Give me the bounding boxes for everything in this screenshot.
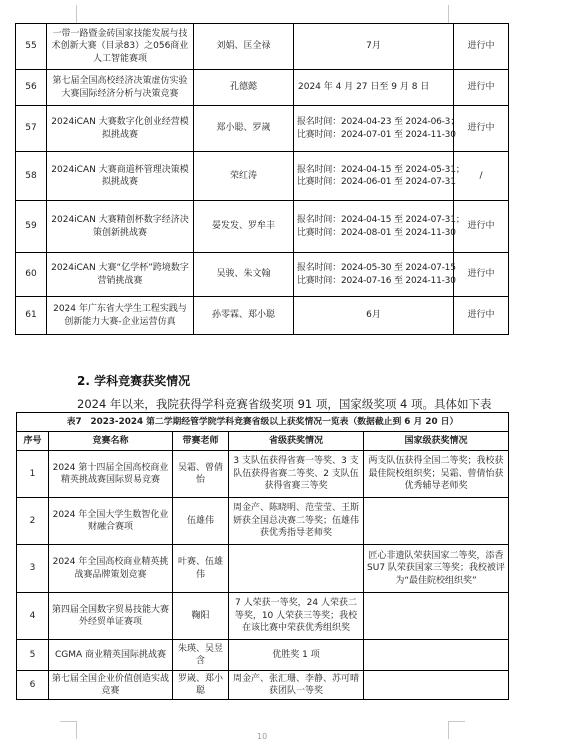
status: 进行中 [454,297,509,335]
row-number: 5 [17,640,49,671]
teachers: 晏发发、罗牟丰 [194,201,294,253]
teachers: 吴骏、朱文翰 [194,253,294,297]
competition-name: 2024iCAN 大赛精创杯数字经济决策创新挑战赛 [47,201,194,253]
crop-mark-bottom-left [76,721,77,739]
table-title: 表7 2023-2024 第二学期经管学院学科竞赛省级以上获奖情况一览表（数据截… [17,413,509,432]
competition-name: 一带一路暨金砖国家技能发展与技术创新大赛（目录83）之056商业人工智能赛项 [47,24,194,70]
competition-name: 第四届全国数字贸易技能大赛外经贸单证赛项 [49,593,173,640]
row-number: 6 [17,671,49,700]
table-row: 6 第七届全国企业价值创造实战竞赛 罗嵗、郑小聪 周金产、张汇珊、李静、苏可晴获… [17,671,509,700]
row-number: 55 [16,24,47,70]
table-row: 57 2024iCAN 大赛数字化创业经营模拟挑战赛 郑小聪、罗嵗 报名时间：2… [16,106,509,152]
table-row: 1 2024 第十四届全国高校商业精英挑战赛国际贸易竞赛 吴霜、曾倩怡 3 支队… [17,451,509,498]
table-row: 5 CGMA 商业精英国际挑战赛 朱瑛、吴昱含 优胜奖 1 项 [17,640,509,671]
competition-name: 第七届全国企业价值创造实战竞赛 [49,671,173,700]
competition-progress-table: 55 一带一路暨金砖国家技能发展与技术创新大赛（目录83）之056商业人工智能赛… [15,23,509,335]
teachers: 罗嵗、郑小聪 [173,671,229,700]
status: / [454,152,509,201]
row-number: 3 [17,545,49,593]
teachers: 朱瑛、吴昱含 [173,640,229,671]
teachers: 孙零霖、郑小聪 [194,297,294,335]
teachers: 荣红涛 [194,152,294,201]
table-header-row: 序号 竞赛名称 带赛老师 省级获奖情况 国家级获奖情况 [17,432,509,451]
provincial-awards: 优胜奖 1 项 [229,640,364,671]
teachers: 鞠阳 [173,593,229,640]
status: 进行中 [454,253,509,297]
row-number: 4 [17,593,49,640]
crop-mark-bottom-left-h [60,721,77,722]
competition-time: 报名时间：2024-04-15 至 2024-07-31；比赛时间：2024-0… [294,201,454,253]
competition-time: 报名时间：2024-04-23 至 2024-06-3；比赛时间：2024-07… [294,106,454,152]
table-row: 56 第七届全国高校经济决策虚仿实验大赛国际经济分析与决策竞赛 孔德懿 2024… [16,70,509,106]
teachers: 郑小聪、罗嵗 [194,106,294,152]
table-row: 4 第四届全国数字贸易技能大赛外经贸单证赛项 鞠阳 7 人荣获一等奖，24 人荣… [17,593,509,640]
crop-mark-top-left [76,5,77,23]
match-time: 比赛时间：2024-07-01 至 2024-11-30 [297,129,450,142]
status: 进行中 [454,70,509,106]
competition-time: 报名时间：2024-04-15 至 2024-05-31；比赛时间：2024-0… [294,152,454,201]
row-number: 2 [17,498,49,545]
row-number: 58 [16,152,47,201]
match-time: 比赛时间：2024-07-16 至 2024-11-30 [297,275,450,288]
national-awards [364,498,509,545]
match-time: 比赛时间：2024-08-01 至 2024-11-30 [297,227,450,240]
row-number: 61 [16,297,47,335]
competition-name: 2024 第十四届全国高校商业精英挑战赛国际贸易竞赛 [49,451,173,498]
national-awards [364,593,509,640]
competition-time: 7月 [294,24,454,70]
competition-time: 报名时间：2024-05-30 至 2024-07-15比赛时间：2024-07… [294,253,454,297]
header-teachers: 带赛老师 [173,432,229,451]
table-row: 59 2024iCAN 大赛精创杯数字经济决策创新挑战赛 晏发发、罗牟丰 报名时… [16,201,509,253]
table-row: 55 一带一路暨金砖国家技能发展与技术创新大赛（目录83）之056商业人工智能赛… [16,24,509,70]
row-number: 59 [16,201,47,253]
teachers: 刘娟、匡全禄 [194,24,294,70]
registration-time: 报名时间：2024-04-15 至 2024-07-31； [297,214,450,227]
crop-mark-top-right [448,5,449,23]
page-number: 10 [257,732,267,741]
row-number: 60 [16,253,47,297]
teachers: 叶赛、伍雄伟 [173,545,229,593]
national-awards [364,671,509,700]
national-awards: 匠心非遗队荣获国家二等奖，添香SU7 队荣获国家三等奖；我校被评为“最佳院校组织… [364,545,509,593]
competition-time: 2024 年 4 月 27 日至 9 月 8 日 [294,70,454,106]
competition-name: 2024 年全国高校商业精英挑战赛品牌策划竞赛 [49,545,173,593]
competition-name: 2024iCAN 大赛商道杯管理决策模拟挑战赛 [47,152,194,201]
competition-name: CGMA 商业精英国际挑战赛 [49,640,173,671]
crop-mark-bottom-right [448,721,449,739]
registration-time: 报名时间：2024-05-30 至 2024-07-15 [297,262,450,275]
header-provincial-awards: 省级获奖情况 [229,432,364,451]
provincial-awards: 7 人荣获一等奖，24 人荣获二等奖，10 人荣获三等奖；我校在该比赛中荣获优秀… [229,593,364,640]
provincial-awards [229,545,364,593]
status: 进行中 [454,201,509,253]
row-number: 57 [16,106,47,152]
row-number: 1 [17,451,49,498]
header-number: 序号 [17,432,49,451]
crop-mark-bottom-right-h [448,721,465,722]
teachers: 孔德懿 [194,70,294,106]
row-number: 56 [16,70,47,106]
header-competition-name: 竞赛名称 [49,432,173,451]
provincial-awards: 周金产、陈晓明、范莹莹、王斯妍获全国总决赛二等奖；伍雄伟获优秀指导老师奖 [229,498,364,545]
table-row: 58 2024iCAN 大赛商道杯管理决策模拟挑战赛 荣红涛 报名时间：2024… [16,152,509,201]
competition-name: 2024iCAN 大赛数字化创业经营模拟挑战赛 [47,106,194,152]
provincial-awards: 3 支队伍获得省赛一等奖、3 支队伍获得省赛二等奖、2 支队伍获得省赛三等奖 [229,451,364,498]
teachers: 伍雄伟 [173,498,229,545]
table-title-row: 表7 2023-2024 第二学期经管学院学科竞赛省级以上获奖情况一览表（数据截… [17,413,509,432]
status: 进行中 [454,106,509,152]
header-national-awards: 国家级获奖情况 [364,432,509,451]
award-summary-table: 表7 2023-2024 第二学期经管学院学科竞赛省级以上获奖情况一览表（数据截… [16,412,509,700]
competition-name: 2024iCAN 大赛“亿学杯”跨境数字营销挑战赛 [47,253,194,297]
teachers: 吴霜、曾倩怡 [173,451,229,498]
table-row: 2 2024 年全国大学生数智化业财融合赛项 伍雄伟 周金产、陈晓明、范莹莹、王… [17,498,509,545]
registration-time: 报名时间：2024-04-23 至 2024-06-3； [297,116,450,129]
provincial-awards: 周金产、张汇珊、李静、苏可晴获团队一等奖 [229,671,364,700]
registration-time: 报名时间：2024-04-15 至 2024-05-31； [297,164,450,177]
national-awards [364,640,509,671]
competition-name: 第七届全国高校经济决策虚仿实验大赛国际经济分析与决策竞赛 [47,70,194,106]
table-row: 60 2024iCAN 大赛“亿学杯”跨境数字营销挑战赛 吴骏、朱文翰 报名时间… [16,253,509,297]
section-heading: 2. 学科竞赛获奖情况 [77,372,190,389]
competition-name: 2024 年广东省大学生工程实践与创新能力大赛-企业运营仿真 [47,297,194,335]
national-awards: 两支队伍获得全国二等奖；我校获最佳院校组织奖；吴霜、曾倩怡获优秀辅导老师奖 [364,451,509,498]
match-time: 比赛时间：2024-06-01 至 2024-07-31 [297,176,450,189]
competition-time: 6月 [294,297,454,335]
table-row: 3 2024 年全国高校商业精英挑战赛品牌策划竞赛 叶赛、伍雄伟 匠心非遗队荣获… [17,545,509,593]
table-row: 61 2024 年广东省大学生工程实践与创新能力大赛-企业运营仿真 孙零霖、郑小… [16,297,509,335]
section-paragraph: 2024 年以来，我院获得学科竞赛省级奖项 91 项，国家级奖项 4 项。具体如… [77,396,492,412]
competition-name: 2024 年全国大学生数智化业财融合赛项 [49,498,173,545]
status: 进行中 [454,24,509,70]
